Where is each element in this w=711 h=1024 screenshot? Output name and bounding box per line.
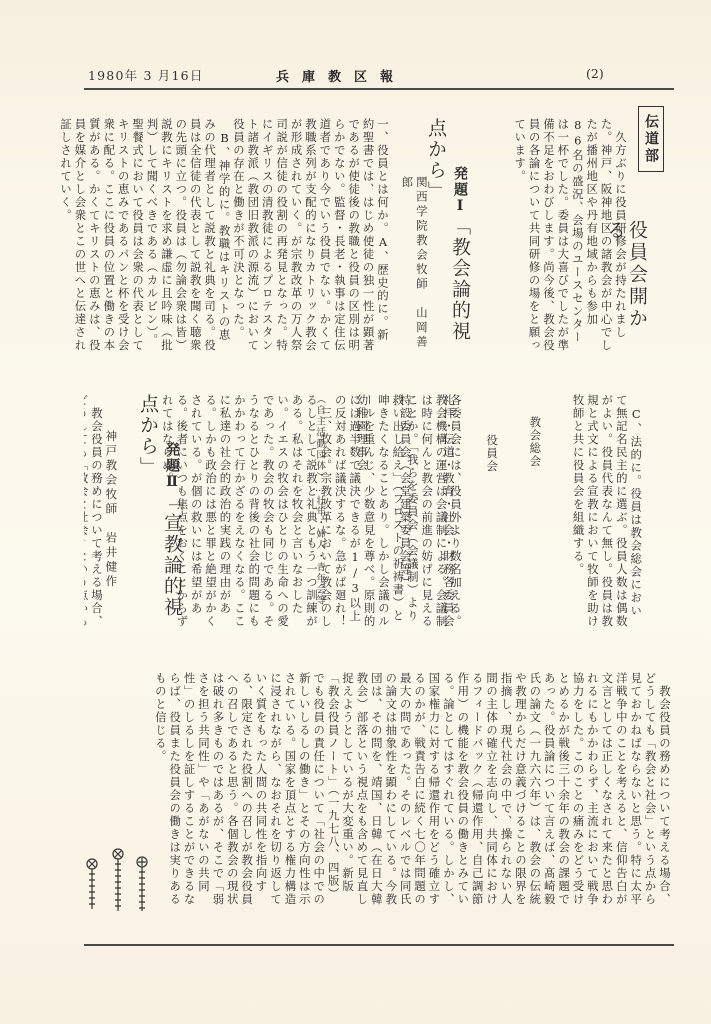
- header-rule: [84, 88, 674, 90]
- topic1-body-cont: 各委員会には、役員外より数名加える。教会機構の運営は会議制による。会議制は時に何…: [208, 394, 463, 630]
- section-label: 伝道部: [641, 114, 661, 165]
- topic2-body-continued: 教会役員の務めについて考える場合、どうしても「教会と社会」という点から見ておかね…: [140, 672, 672, 908]
- issue-date: 1980年 3 月16日: [88, 66, 204, 84]
- article-body: 久方ぶりに役員研修会が持たれました。神戸、阪神地区の諸教会が中心でしたが播州地区…: [500, 118, 628, 354]
- topic2-heading: 発題Ⅱ「宣教論的視点から」: [136, 394, 208, 634]
- topic2-author: 神戸教会牧師 岩井健作: [104, 430, 118, 630]
- topic2-body: 教会役員の務めについて考える場合、どうしても「教会と社会」という点から見ておかね…: [84, 394, 104, 630]
- three-flowers-sketch-icon: [82, 848, 162, 918]
- masthead: 1980年 3 月16日 兵庫教区報: [88, 66, 468, 86]
- topic1-section-c: C、法的に。役員は教会総会において無記名民主的に選ぶ。役員人数は偶数がよい。役員…: [571, 394, 643, 630]
- topic1-author: 関西学院教会牧師 山岡善郎: [400, 176, 429, 356]
- topic1-body-c: C、法的に。役員は教会総会において無記名民主的に選ぶ。役員人数は偶数がよい。役員…: [462, 394, 672, 630]
- topic1-label: 発題Ⅰ: [452, 166, 468, 216]
- org-chart-council: 役員会: [485, 394, 499, 630]
- footer-rule: [84, 944, 674, 946]
- org-chart-root: 教会総会: [528, 394, 542, 630]
- newsletter-title: 兵庫教区報: [276, 66, 406, 85]
- topic2-title: 「宣教論的視点から」: [137, 394, 183, 618]
- topic2-label: 発題Ⅱ: [164, 442, 180, 492]
- topic1-title: 「教会論的視点から」: [425, 118, 471, 342]
- topic1-heading: 発題Ⅰ「教会論的視点から」: [424, 118, 496, 358]
- section-label-box: 伝道部: [638, 106, 664, 172]
- page-number: (2): [586, 66, 604, 81]
- topic1-body: 一、役員とは何か。A、歴史的に。新約聖書では、はじめ使徒の独一性が顕著であるが使…: [100, 118, 390, 354]
